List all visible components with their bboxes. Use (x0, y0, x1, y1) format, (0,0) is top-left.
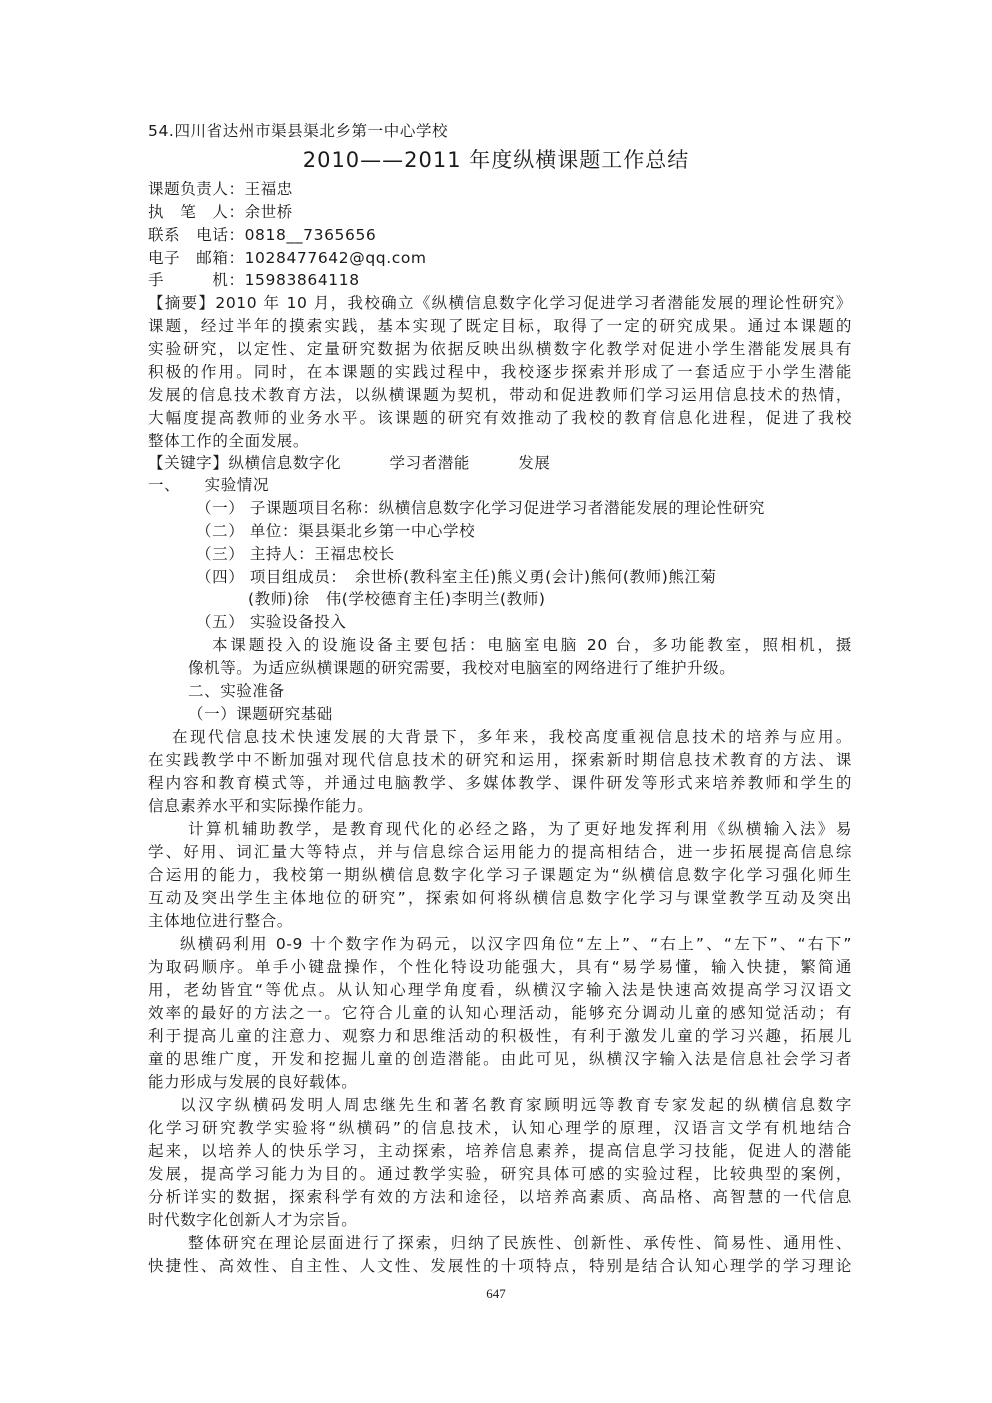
paragraph-line: 整体研究在理论层面进行了探索，归纳了民族性、创新性、承传性、简易性、通用性、 (188, 1232, 852, 1254)
paragraph-line: 互动及突出学生主体地位的研究”，探索如何将纵横信息数字化学习与课堂教学互动及突出 (148, 887, 852, 909)
page-number: 647 (0, 1286, 992, 1302)
section1-item: （四） 项目组成员： 余世桥(教科室主任)熊义勇(会计)熊何(教师)熊江菊 (196, 566, 900, 588)
paragraph-line: 化学习研究教学实验将“纵横码”的信息技术，认知心理学的原理，汉语言文学有机地结合 (148, 1117, 852, 1139)
section1-item: （五） 实验设备投入 (196, 611, 900, 633)
subsection-heading: （一）课题研究基础 (188, 703, 892, 725)
paragraph-line: 利于提高儿童的注意力、观察力和思维活动的积极性，有利于激发儿童的学习兴趣，拓展儿 (148, 1025, 852, 1047)
paragraph-line: 快捷性、高效性、自主性、人文性、发展性的十项特点，特别是结合认知心理学的学习理论 (148, 1255, 852, 1277)
abstract-line: 积极的作用。同时，在本课题的实践过程中，我校逐步探索并形成了一套适应于小学生潜能 (148, 361, 852, 383)
abstract-line: 发展的信息技术教育方法，以纵横课题为契机，带动和促进教师们学习运用信息技术的热情… (148, 384, 852, 406)
info-email: 电子 邮箱：1028477642@qq.com (148, 247, 852, 269)
info-writer: 执 笔 人：余世桥 (148, 201, 852, 223)
paragraph-line: 计算机辅助教学，是教育现代化的必经之路，为了更好地发挥利用《纵横输入法》易 (188, 818, 852, 840)
abstract-line: 大幅度提高教师的业务水平。该课题的研究有效推动了我校的教育信息化进程，促进了我校 (148, 407, 852, 429)
paragraph-line: 以汉字纵横码发明人周忠继先生和著名教育家顾明远等教育专家发起的纵横信息数字 (180, 1094, 852, 1116)
paragraph-line: 程内容和教育模式等，并通过电脑教学、多媒体教学、课件研发等形式来培养教师和学生的 (148, 772, 852, 794)
paragraph-line: 纵横码利用 0-9 十个数字作为码元，以汉字四角位“左上”、“右上”、“左下”、… (180, 933, 852, 955)
info-phone: 联系 电话：0818__7365656 (148, 224, 852, 246)
section1-item-continued: (教师)徐 伟(学校德育主任)李明兰(教师) (248, 588, 952, 610)
paragraph-line: 童的思维广度，开发和挖掘儿童的创造潜能。由此可见，纵横汉字输入法是信息社会学习者 (148, 1048, 852, 1070)
equipment-line: 像机等。为适应纵横课题的研究需要，我校对电脑室的网络进行了维护升级。 (188, 657, 892, 679)
keywords: 【关键字】纵横信息数字化 学习者潜能 发展 (148, 452, 852, 474)
section1-item: （三） 主持人：王福忠校长 (196, 543, 900, 565)
abstract-line: 【摘要】2010 年 10 月，我校确立《纵横信息数字化学习促进学习者潜能发展的… (148, 292, 852, 314)
paragraph-line: 主体地位进行整合。 (148, 910, 852, 932)
info-leader: 课题负责人：王福忠 (148, 178, 852, 200)
paragraph-line: 效率的最好的方法之一。它符合儿童的认知心理活动，能够充分调动儿童的感知觉活动；有 (148, 1002, 852, 1024)
paragraph-line: 用，老幼皆宜“等优点。从认知心理学角度看，纵横汉字输入法是快速高效提高学习汉语文 (148, 979, 852, 1001)
section1-item: （二） 单位：渠县渠北乡第一中心学校 (196, 520, 900, 542)
paragraph-line: 能力形成与发展的良好载体。 (148, 1071, 852, 1093)
paragraph-line: 发展，提高学习能力为目的。通过教学实验，研究具体可感的实验过程，比较典型的案例， (148, 1163, 852, 1185)
paragraph-line: 学、好用、词汇量大等特点，并与信息综合运用能力的提高相结合，进一步拓展提高信息综 (148, 841, 852, 863)
info-mobile: 手 机：15983864118 (148, 269, 852, 291)
abstract-line: 课题，经过半年的摸索实践，基本实现了既定目标，取得了一定的研究成果。通过本课题的 (148, 315, 852, 337)
equipment-line: 本课题投入的设施设备主要包括：电脑室电脑 20 台，多功能教室，照相机，摄 (212, 634, 852, 656)
abstract-line: 实验研究，以定性、定量研究数据为依据反映出纵横数字化教学对促进小学生潜能发展具有 (148, 338, 852, 360)
section-heading: 二、实验准备 (188, 680, 892, 702)
abstract-line: 整体工作的全面发展。 (148, 430, 852, 452)
paragraph-line: 在实践教学中不断加强对现代信息技术的研究和运用，探索新时期信息技术教育的方法、课 (148, 749, 852, 771)
document-page: 54.四川省达州市渠县渠北乡第一中心学校 2010——2011 年度纵横课题工作… (0, 0, 992, 1403)
document-title: 2010——2011 年度纵横课题工作总结 (0, 146, 992, 174)
paragraph-line: 为取码顺序。单手小键盘操作，个性化特设功能强大，具有“易学易懂，输入快捷，繁简通 (148, 956, 852, 978)
paragraph-line: 在现代信息技术快速发展的大背景下，多年来，我校高度重视信息技术的培养与应用。 (172, 726, 852, 748)
paragraph-line: 分析详实的数据，探索科学有效的方法和途径，以培养高素质、高品格、高智慧的一代信息 (148, 1186, 852, 1208)
section1-item: （一） 子课题项目名称：纵横信息数字化学习促进学习者潜能发展的理论性研究 (196, 497, 900, 519)
paragraph-line: 起来，以培养人的快乐学习，主动探索，培养信息素养，提高信息学习技能，促进人的潜能 (148, 1140, 852, 1162)
paragraph-line: 时代数字化创新人才为宗旨。 (148, 1209, 852, 1231)
school-line: 54.四川省达州市渠县渠北乡第一中心学校 (148, 120, 852, 142)
section-heading: 一、 实验情况 (148, 474, 852, 496)
paragraph-line: 合运用的能力，我校第一期纵横信息数字化学习子课题定为“纵横信息数字化学习强化师生 (148, 864, 852, 886)
paragraph-line: 信息素养水平和实际操作能力。 (148, 795, 852, 817)
